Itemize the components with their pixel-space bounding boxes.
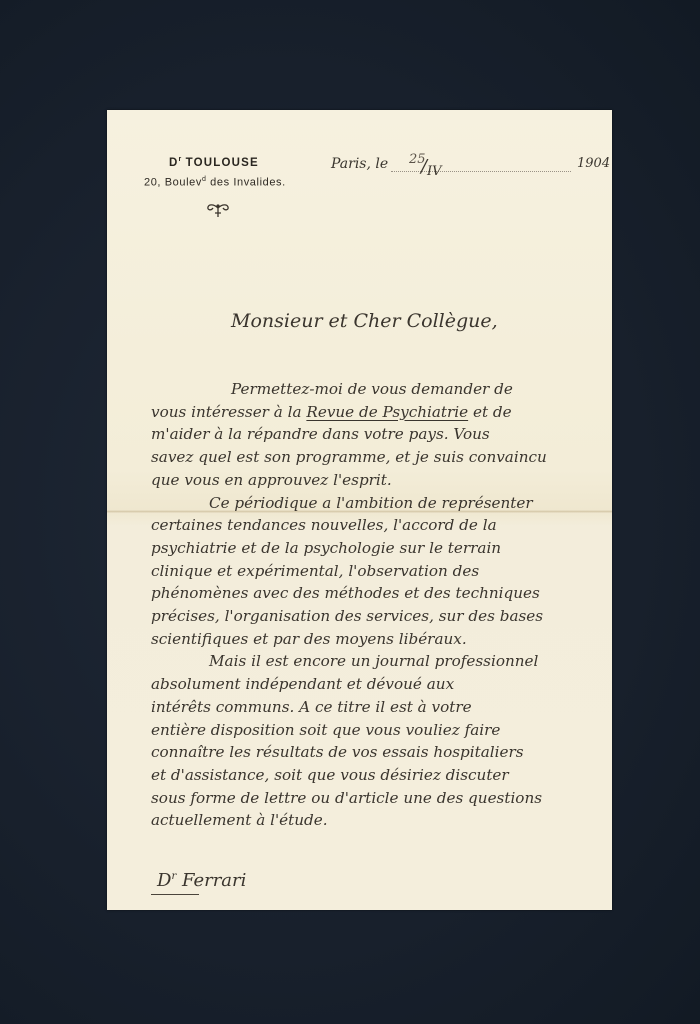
date-month: IV bbox=[427, 164, 442, 179]
body-line: entière disposition soit que vous voulie… bbox=[151, 719, 613, 742]
address-post: des Invalides. bbox=[206, 177, 285, 189]
body-line: actuellement à l'étude. bbox=[151, 809, 613, 832]
body-line: connaître les résultats de vos essais ho… bbox=[151, 741, 613, 764]
letterhead-name: Dr TOULOUSE bbox=[169, 156, 259, 169]
body-line: vous intéresser à la Revue de Psychiatri… bbox=[151, 401, 613, 424]
title-prefix: D bbox=[169, 157, 179, 169]
journal-title: Revue de Psychiatrie bbox=[306, 403, 468, 421]
date-place: Paris, le bbox=[331, 156, 388, 172]
body-line: précises, l'organisation des services, s… bbox=[151, 605, 613, 628]
body-line: certaines tendances nouvelles, l'accord … bbox=[151, 514, 613, 537]
signature: Dr Ferrari bbox=[157, 870, 246, 891]
body-line: que vous en approuvez l'esprit. bbox=[151, 469, 613, 492]
body-line: psychiatrie et de la psychologie sur le … bbox=[151, 537, 613, 560]
body-line: scientifiques et par des moyens libéraux… bbox=[151, 628, 613, 651]
signature-flourish bbox=[151, 894, 199, 895]
fleuron-ornament-icon bbox=[205, 202, 231, 223]
letter-body: Permettez-moi de vous demander de vous i… bbox=[151, 378, 613, 832]
body-line: phénomènes avec des méthodes et des tech… bbox=[151, 582, 613, 605]
date-year: 1904 bbox=[577, 156, 610, 171]
letter-sheet: Dr TOULOUSE 20, Boulevd des Invalides. P… bbox=[107, 110, 612, 910]
body-line: Permettez-moi de vous demander de bbox=[151, 378, 613, 401]
body-fragment: et de bbox=[468, 403, 511, 421]
body-line: absolument indépendant et dévoué aux bbox=[151, 673, 613, 696]
body-line: m'aider à la répandre dans votre pays. V… bbox=[151, 423, 613, 446]
dateline: Paris, le 25 / IV 1904 bbox=[331, 156, 601, 172]
date-dotted-line bbox=[391, 171, 571, 172]
body-line: clinique et expérimental, l'observation … bbox=[151, 560, 613, 583]
salutation: Monsieur et Cher Collègue, bbox=[231, 310, 498, 332]
signature-prefix: D bbox=[157, 870, 171, 891]
address-pre: 20, Boulev bbox=[144, 177, 202, 189]
body-fragment: vous intéresser à la bbox=[151, 403, 306, 421]
signature-name: Ferrari bbox=[176, 870, 246, 891]
body-line: savez quel est son programme, et je suis… bbox=[151, 446, 613, 469]
body-line: Ce périodique a l'ambition de représente… bbox=[151, 492, 613, 515]
body-line: Mais il est encore un journal profession… bbox=[151, 650, 613, 673]
body-line: sous forme de lettre ou d'article une de… bbox=[151, 787, 613, 810]
title-name: TOULOUSE bbox=[181, 157, 259, 169]
body-line: intérêts communs. A ce titre il est à vo… bbox=[151, 696, 613, 719]
letterhead-address: 20, Boulevd des Invalides. bbox=[144, 176, 286, 189]
body-line: et d'assistance, soit que vous désiriez … bbox=[151, 764, 613, 787]
